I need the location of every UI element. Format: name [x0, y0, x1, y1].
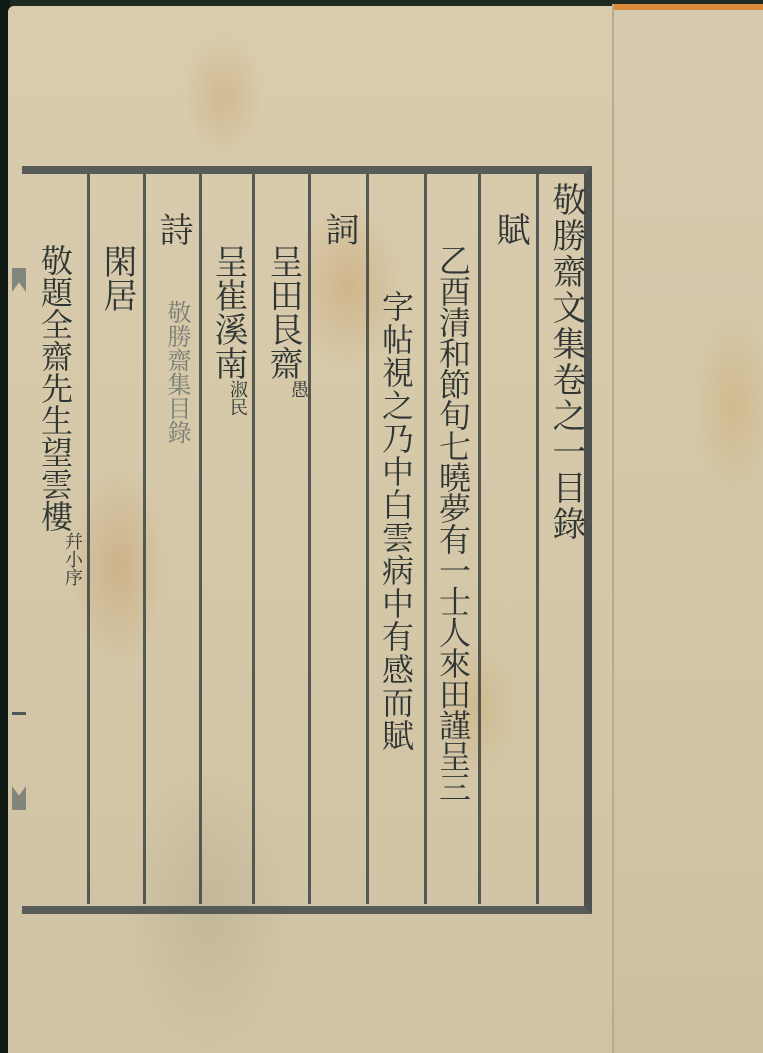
entry-shi-1: 閑居	[96, 244, 138, 312]
heading-fu: 賦	[489, 212, 531, 246]
column-rule	[143, 174, 146, 904]
heading-shi: 詩	[152, 212, 194, 246]
entry-ci-1: 呈田艮齋	[258, 244, 304, 380]
column-rule	[424, 174, 427, 904]
page-number-mark	[12, 712, 26, 715]
toc-title: 敬勝齋文集卷之一目錄	[545, 182, 587, 542]
entry-fu-1a: 乙酉清和節旬七曉夢有一士人來田謹呈三	[432, 244, 474, 802]
column-rule	[366, 174, 369, 904]
entry-ci-1-note: 愚	[286, 380, 310, 398]
heading-ci: 詞	[318, 212, 360, 246]
toc-title-column: 敬勝齋文集卷之一目錄	[543, 182, 589, 542]
column-rule	[199, 174, 202, 904]
right-page-blank	[612, 4, 763, 1053]
toc-entry-fu-line2[interactable]: 字帖視之乃中白雲病中有感而賦	[370, 290, 422, 752]
entry-shi-2-note: 幷小序	[60, 532, 84, 586]
column-rule	[536, 174, 539, 904]
toc-entry-ci-1[interactable]: 呈田艮齋 愚	[258, 244, 308, 398]
entry-ci-2: 呈崔溪南	[203, 244, 249, 380]
column-rule	[87, 174, 90, 904]
toc-entry-ci-2[interactable]: 呈崔溪南 淑民	[203, 244, 253, 416]
toc-entry-shi-2[interactable]: 敬題全齋先生望雲樓 幷小序	[34, 244, 86, 586]
section-heading-shi: 詩	[147, 212, 199, 246]
column-rule	[478, 174, 481, 904]
toc-entry-fu-line1[interactable]: 乙酉清和節旬七曉夢有一士人來田謹呈三	[428, 244, 478, 802]
toc-entry-shi-1[interactable]: 閑居	[92, 244, 142, 312]
section-heading-fu: 賦	[484, 212, 536, 246]
entry-fu-1b: 字帖視之乃中白雲病中有感而賦	[375, 290, 417, 752]
column-rule	[308, 174, 311, 904]
section-heading-ci: 詞	[313, 212, 365, 246]
entry-ci-2-note: 淑民	[225, 380, 249, 416]
entry-shi-2: 敬題全齋先生望雲樓	[34, 244, 76, 532]
